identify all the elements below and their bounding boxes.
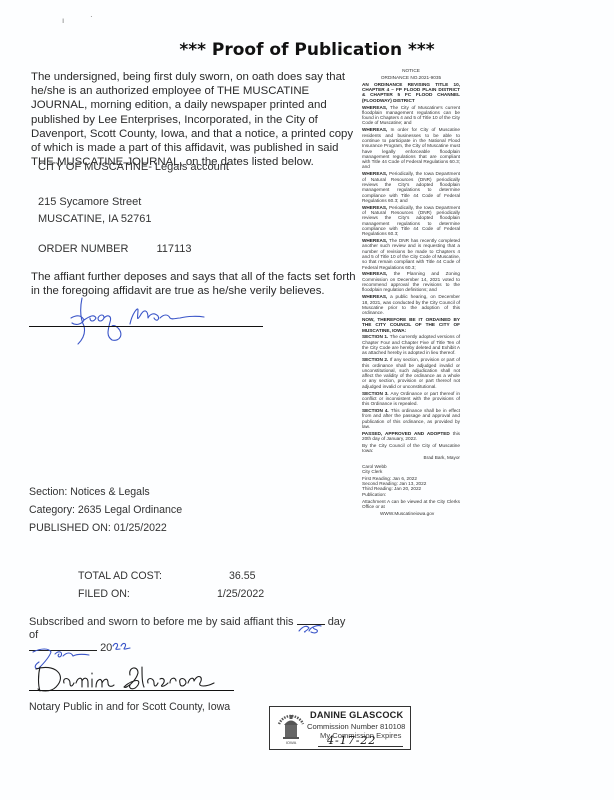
notice-reading: Publication: — [362, 492, 460, 497]
notarial-seal-icon: IOWA — [273, 710, 309, 746]
affiant-signature-line — [29, 326, 263, 327]
order-number-row: ORDER NUMBER117113 — [38, 243, 192, 255]
sworn-day-handwriting — [297, 622, 325, 634]
notary-stamp: IOWA DANINE GLASCOCK Commission Number 8… — [269, 706, 411, 750]
notice-paragraph: PASSED, APPROVED AND ADOPTED this 20th d… — [362, 431, 460, 442]
notice-paragraph: WHEREAS, In order for City of Muscatine … — [362, 127, 460, 169]
legal-notice-column: NOTICE ORDINANCE NO.2021-9035 AN ORDINAN… — [362, 68, 460, 518]
address-line-1: 215 Sycamore Street — [38, 196, 141, 208]
notice-paragraph: SECTION 2. If any section, provision or … — [362, 357, 460, 389]
notice-paragraph: NOW, THEREFORE BE IT ORDAINED BY THE CIT… — [362, 317, 460, 333]
notice-paragraph: WHEREAS, Periodically, the Iowa Departme… — [362, 171, 460, 203]
notice-paragraph: WHEREAS, a public hearing, on December 1… — [362, 294, 460, 315]
notice-paragraph: WHEREAS, The City of Muscatine's current… — [362, 105, 460, 126]
notice-clerk-title: City Clerk — [362, 469, 460, 474]
affiant-signature — [68, 296, 248, 346]
notice-paragraph: WHEREAS, Periodically, the Iowa Departme… — [362, 205, 460, 237]
published-on: PUBLISHED ON: 01/25/2022 — [29, 522, 167, 534]
notice-paragraph: SECTION 4. This ordinance shall be in ef… — [362, 408, 460, 429]
order-number-value: 117113 — [156, 243, 191, 255]
sworn-day-field — [297, 624, 325, 625]
notice-paragraph: WHEREAS, the Planning and Zoning Commiss… — [362, 271, 460, 292]
section-label: Section: Notices & Legals — [29, 486, 150, 498]
account-name: CITY OF MUSCATINE- Legals account — [38, 161, 229, 173]
notice-paragraphs: WHEREAS, The City of Muscatine's current… — [362, 105, 460, 454]
notary-label: Notary Public in and for Scott County, I… — [29, 701, 230, 713]
category-label: Category: 2635 Legal Ordinance — [29, 504, 182, 516]
notary-signature — [34, 663, 234, 693]
filed-on-value: 1/25/2022 — [217, 588, 264, 600]
notice-mayor: Brad Bark, Mayor — [362, 455, 460, 460]
sworn-year: 20 — [100, 642, 112, 654]
stamp-name: DANINE GLASCOCK — [310, 710, 403, 720]
notary-signature-line — [29, 690, 234, 691]
notice-attachment: Attachment A can be viewed at the City C… — [362, 499, 460, 510]
notice-paragraph: SECTION 1. The currently adopted version… — [362, 334, 460, 355]
order-number-label: ORDER NUMBER — [38, 243, 128, 255]
stamp-commission: Commission Number 810108 — [307, 722, 405, 731]
sworn-statement: Subscribed and sworn to before me by sai… — [29, 616, 349, 655]
svg-text:IOWA: IOWA — [286, 740, 297, 745]
scan-speck: ı — [62, 16, 64, 25]
notice-heading: NOTICE — [362, 68, 460, 73]
notice-paragraph: By the City Council of the City of Musca… — [362, 443, 460, 454]
stamp-expires-line — [318, 746, 403, 747]
notice-website: WWW.Muscatineiowa.gov — [362, 511, 460, 516]
notice-paragraph: SECTION 3. Any Ordinance or part thereof… — [362, 391, 460, 407]
affidavit-intro: The undersigned, being first duly sworn,… — [31, 70, 361, 169]
sworn-year-prefix: 20 — [100, 642, 112, 654]
notice-ordinance-number: ORDINANCE NO.2021-9035 — [362, 75, 460, 80]
sworn-year-handwriting — [112, 641, 132, 653]
affirmation-text: The affiant further deposes and says tha… — [31, 270, 361, 298]
scan-speck: · — [90, 12, 93, 21]
address-line-2: MUSCATINE, IA 52761 — [38, 213, 152, 225]
notice-readings: First Reading: Jan 6, 2022Second Reading… — [362, 476, 460, 497]
total-ad-cost-value: 36.55 — [229, 570, 256, 582]
sworn-text-1: Subscribed and sworn to before me by sai… — [29, 616, 294, 628]
filed-on-label: FILED ON: — [78, 588, 130, 600]
page-title: *** Proof of Publication *** — [0, 40, 614, 60]
notice-paragraph: WHEREAS, The DNR has recently completed … — [362, 238, 460, 270]
sworn-month-field — [29, 650, 97, 651]
total-ad-cost-label: TOTAL AD COST: — [78, 570, 162, 582]
notice-title: AN ORDINANCE REVISING TITLE 10, CHAPTER … — [362, 82, 460, 103]
